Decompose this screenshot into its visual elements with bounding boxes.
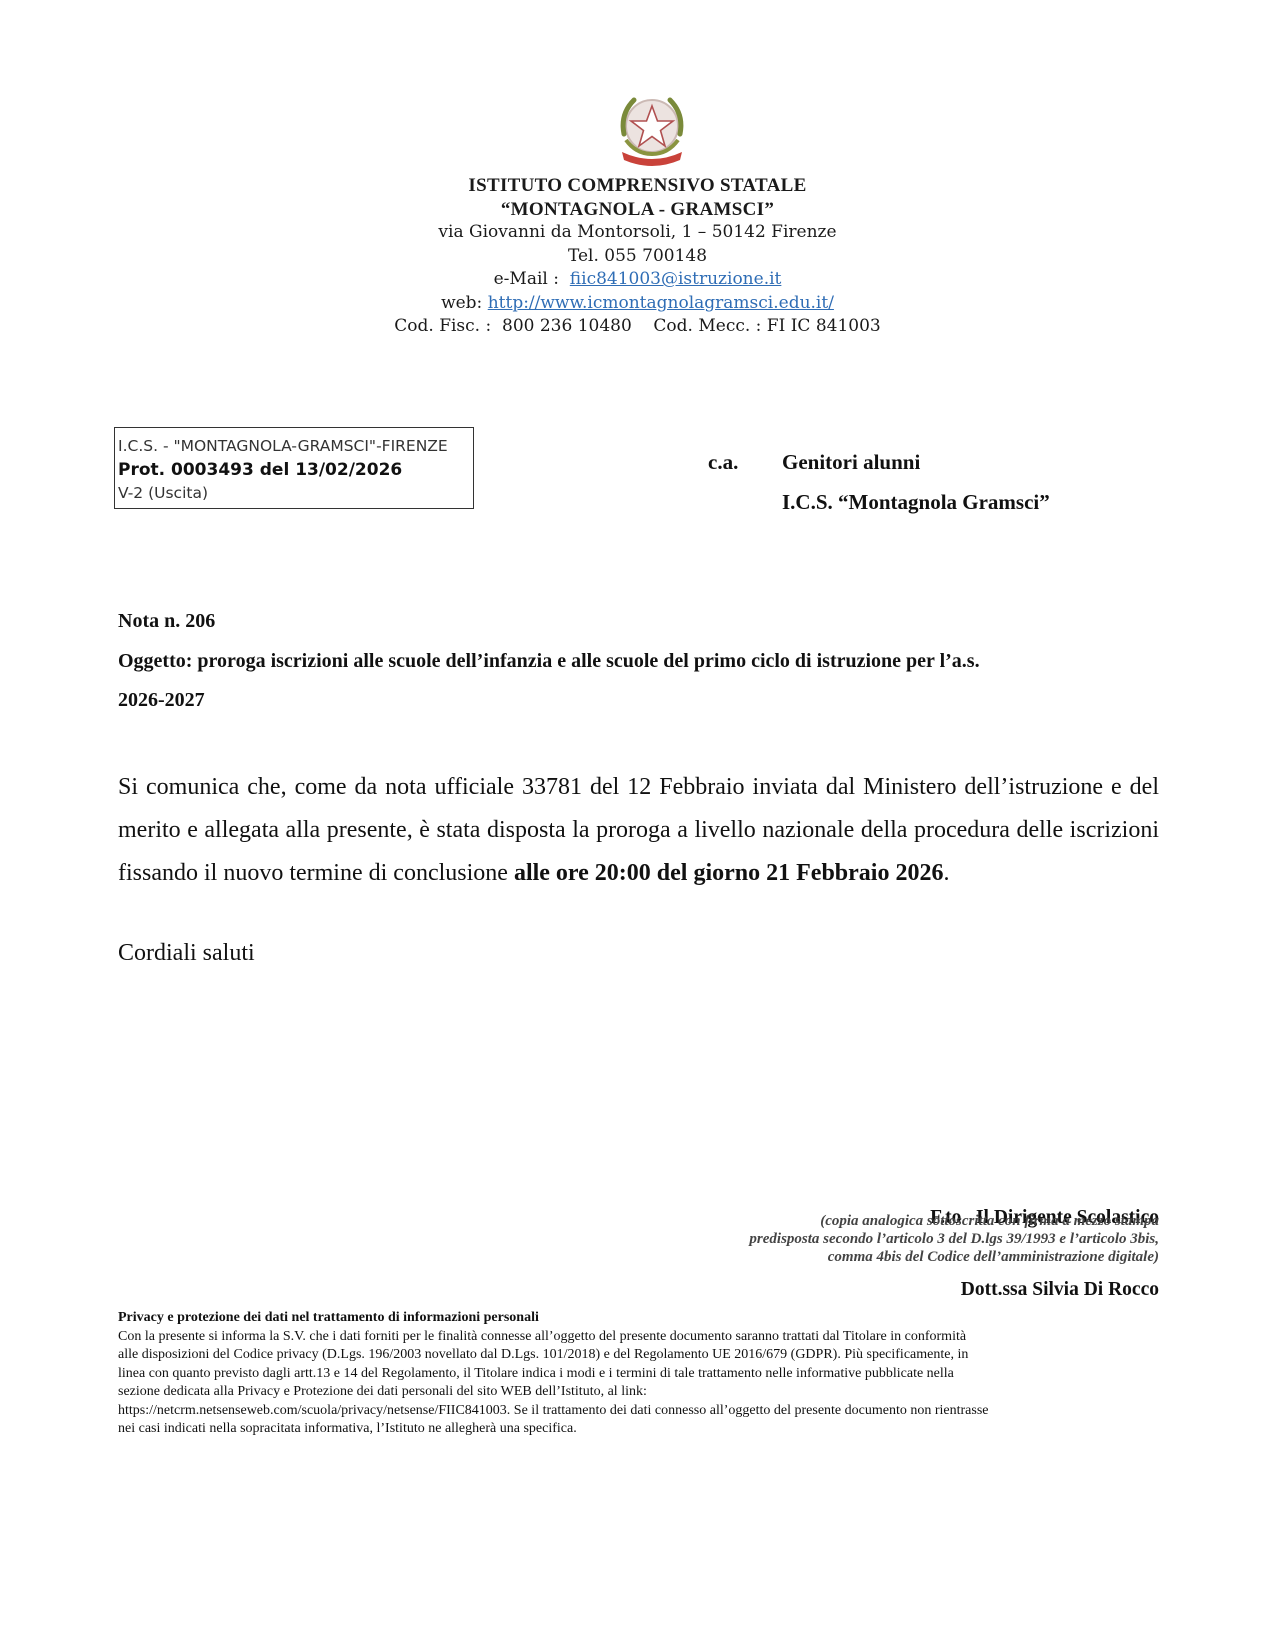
protocol-number: Prot. 0003493 del 13/02/2026 [118,458,470,482]
privacy-notice: Privacy e protezione dei dati nel tratta… [118,1309,1160,1439]
body-deadline: alle ore 20:00 del giorno 21 Febbraio 20… [514,860,944,886]
nota-number: Nota n. 206 [118,610,215,633]
web-link[interactable]: http://www.icmontagnolagramsci.edu.it/ [488,293,834,313]
institute-email-row: e-Mail : fiic841003@istruzione.it [0,268,1275,292]
body-paragraph: Si comunica che, come da nota ufficiale … [118,766,1159,895]
privacy-line: Con la presente si informa la S.V. che i… [118,1328,1160,1347]
institute-web-row: web: http://www.icmontagnolagramsci.edu.… [0,292,1275,316]
institute-address: via Giovanni da Montorsoli, 1 – 50142 Fi… [0,221,1275,245]
email-link[interactable]: fiic841003@istruzione.it [570,269,782,289]
privacy-line: alle disposizioni del Codice privacy (D.… [118,1346,1160,1365]
recipient-line-1: Genitori alunni [782,450,920,475]
document-page: ISTITUTO COMPRENSIVO STATALE “MONTAGNOLA… [0,0,1275,1650]
signature-note-line: comma 4bis del Codice dell’amministrazio… [749,1248,1159,1266]
subject-line-1: Oggetto: proroga iscrizioni alle scuole … [118,650,980,673]
institute-name: “MONTAGNOLA - GRAMSCI” [0,198,1275,222]
institute-codes: Cod. Fisc. : 800 236 10480 Cod. Mecc. : … [0,315,1275,339]
institute-type: ISTITUTO COMPRENSIVO STATALE [0,174,1275,198]
privacy-title: Privacy e protezione dei dati nel tratta… [118,1309,1160,1328]
web-label: web: [441,293,488,313]
signature-note-line: predisposta secondo l’articolo 3 del D.l… [749,1230,1159,1248]
email-label: e-Mail : [494,269,570,289]
privacy-line: https://netcrm.netsenseweb.com/scuola/pr… [118,1402,1160,1421]
institute-tel: Tel. 055 700148 [0,245,1275,269]
body-end: . [943,860,949,886]
protocol-stamp: I.C.S. - "MONTAGNOLA-GRAMSCI"-FIRENZE Pr… [114,427,474,509]
signature-note: (copia analogica sottoscritta con firma … [749,1212,1159,1266]
privacy-line: nei casi indicati nella sopracitata info… [118,1420,1160,1439]
subject-line-2: 2026-2027 [118,689,205,712]
privacy-line: sezione dedicata alla Privacy e Protezio… [118,1383,1160,1402]
protocol-institute: I.C.S. - "MONTAGNOLA-GRAMSCI"-FIRENZE [118,434,470,458]
recipient-prefix: c.a. [708,450,738,475]
privacy-line: linea con quanto previsto dagli artt.13 … [118,1365,1160,1384]
italian-republic-emblem-icon [612,90,692,170]
signature-note-line: (copia analogica sottoscritta con firma … [749,1212,1159,1230]
closing: Cordiali saluti [118,940,255,967]
letterhead: ISTITUTO COMPRENSIVO STATALE “MONTAGNOLA… [0,174,1275,339]
recipient-line-2: I.C.S. “Montagnola Gramsci” [782,490,1050,515]
protocol-class: V-2 (Uscita) [118,482,470,504]
signature-name: Dott.ssa Silvia Di Rocco [930,1278,1159,1302]
